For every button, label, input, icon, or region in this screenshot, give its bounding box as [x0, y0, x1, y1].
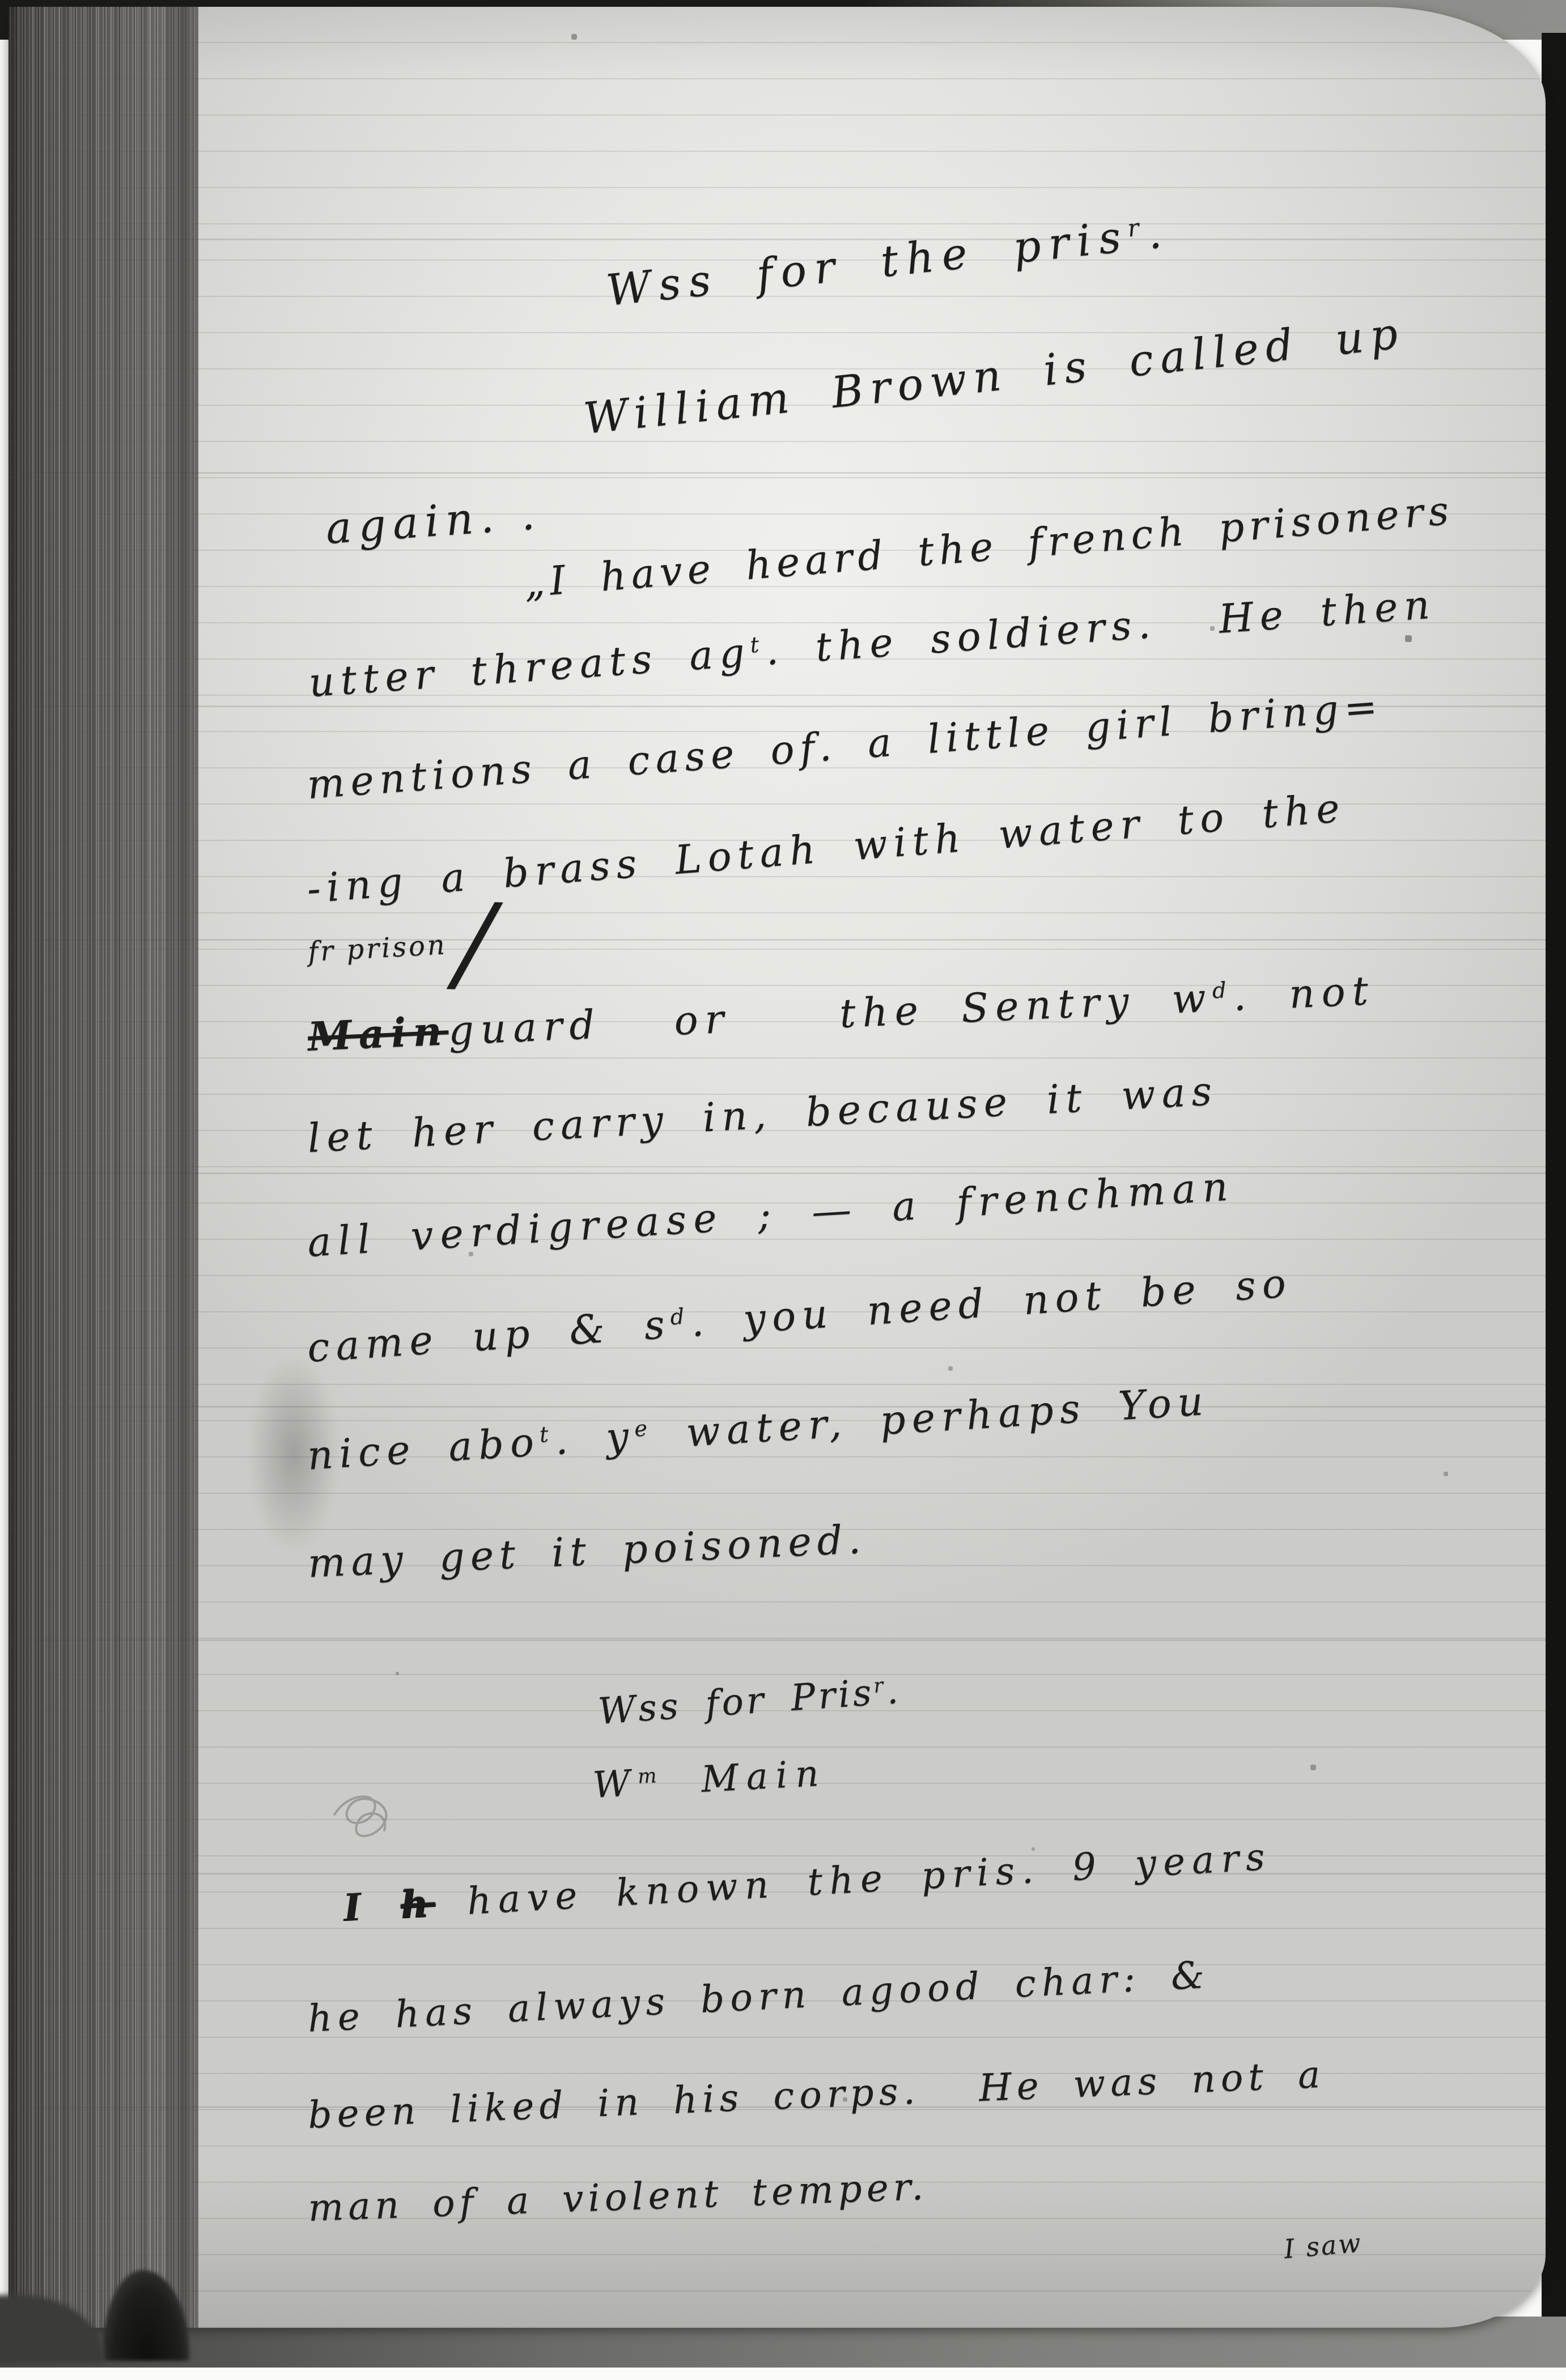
heading-period: . [885, 1670, 902, 1713]
struck-letter-h: h [400, 1881, 436, 1927]
superscript-d: d [669, 1303, 691, 1330]
line-text: I [342, 1882, 402, 1930]
line-text: / [455, 879, 495, 1006]
heading-text: W [592, 1762, 639, 1807]
superscript-e: e [634, 1416, 654, 1442]
line-text: . y [554, 1413, 636, 1464]
line-text: . not [1232, 967, 1376, 1020]
scanner-bottom-strip [0, 2368, 1566, 2380]
superscript-r: r [873, 1673, 887, 1697]
line-text: guard [448, 1001, 602, 1054]
pencil-scribble [317, 1779, 431, 1870]
paper-speckles [0, 0, 1, 1]
superscript-m: m [637, 1763, 665, 1788]
struck-word-main: Main [307, 1007, 449, 1060]
superscript-t: t [749, 632, 766, 658]
heading-text: Main [664, 1752, 827, 1803]
manuscript-scan: Wss for the prisr. William Brown is call… [0, 0, 1566, 2380]
superscript-d: d [1212, 977, 1234, 1004]
caret-slash-mark: / [455, 879, 495, 1006]
superscript-t: t [539, 1421, 555, 1448]
superscript-r: r [1126, 212, 1148, 242]
